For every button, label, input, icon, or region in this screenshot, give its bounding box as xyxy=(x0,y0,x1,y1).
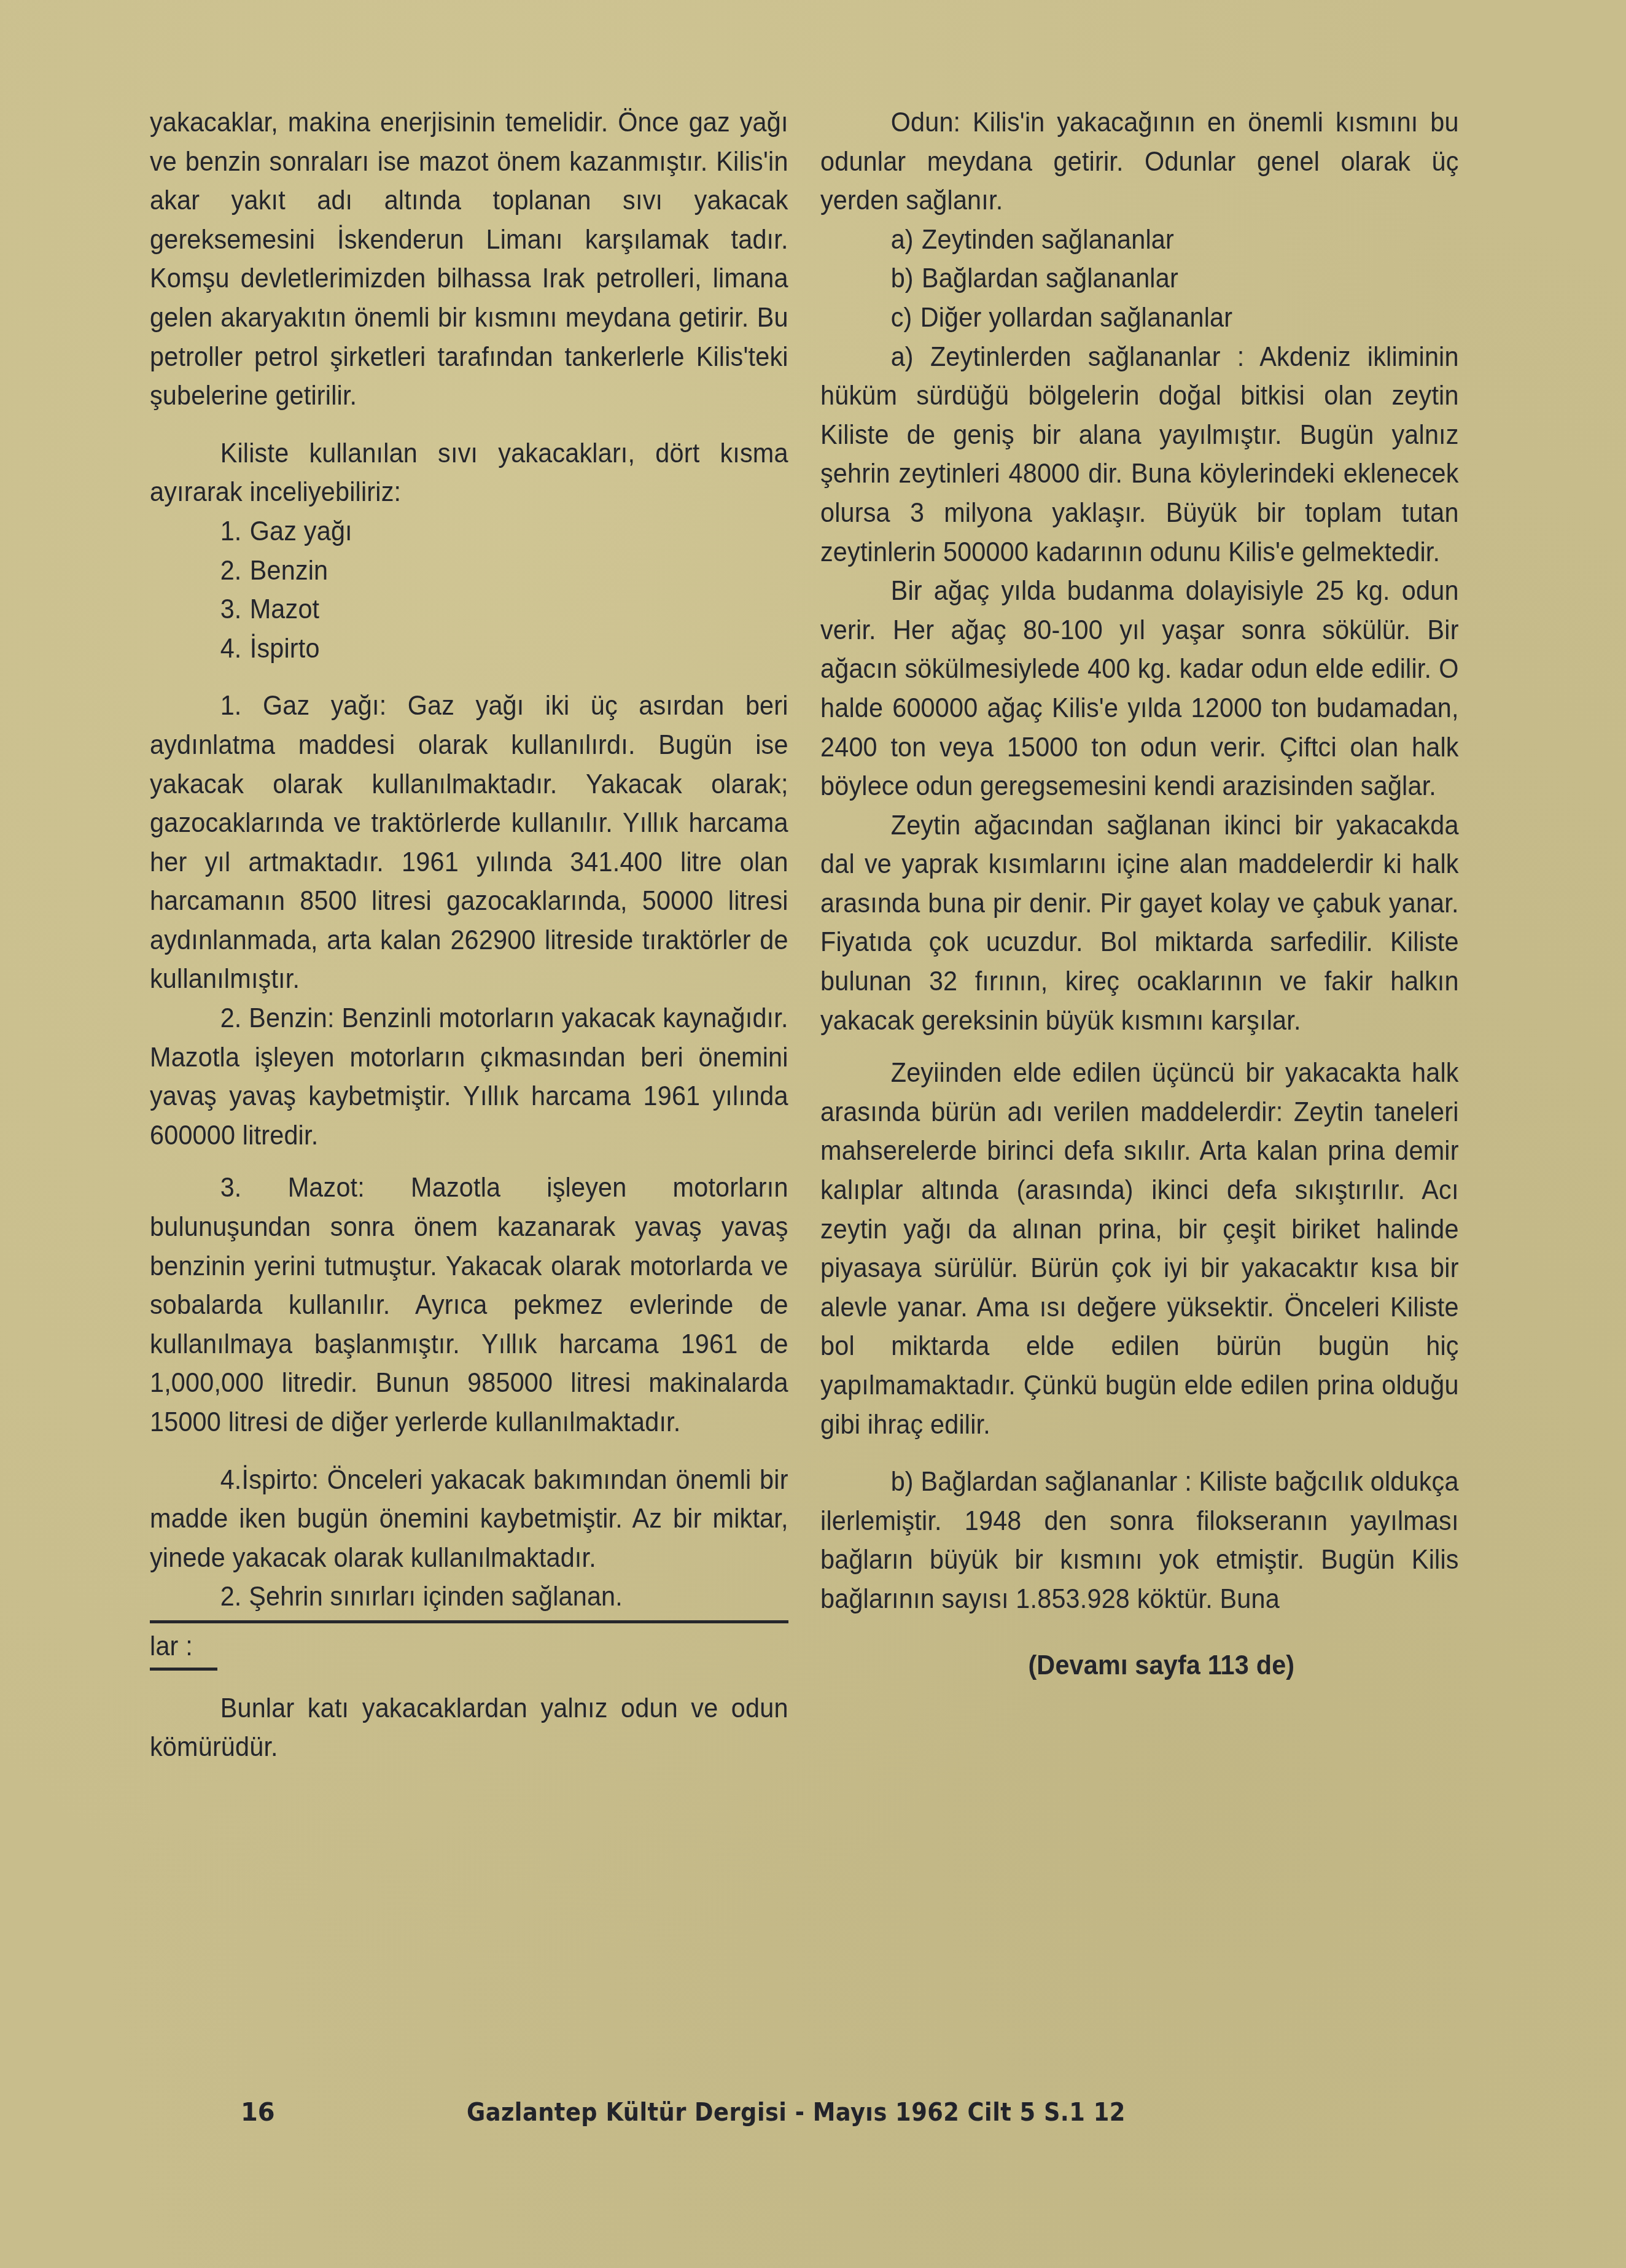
list-item: 2.Benzin xyxy=(150,551,750,591)
section-gaz-yagi: 1. Gaz yağı: Gaz yağı iki üç asırdan ber… xyxy=(150,686,788,999)
list-marker: 2. xyxy=(220,556,242,586)
continued-note: (Devamı sayfa 113 de) xyxy=(820,1646,1421,1685)
page-footer: 16 Gazlantep Kültür Dergisi - Mayıs 1962… xyxy=(0,2099,1626,2135)
list-label: Zeytinden sağlananlar xyxy=(922,225,1174,255)
pir-paragraph: Zeytin ağacından sağlanan ikinci bir yak… xyxy=(820,806,1459,1041)
liquid-fuels-list: 1.Gaz yağı 2.Benzin 3.Mazot 4.İspirto xyxy=(150,512,788,668)
list-marker: a) xyxy=(891,225,914,255)
list-marker: 1. xyxy=(220,516,242,546)
page-number: 16 xyxy=(241,2099,275,2127)
list-label: Gaz yağı xyxy=(250,516,352,546)
subheading-city: 2. Şehrin sınırları içinden sağlanan. xyxy=(150,1577,788,1617)
list-item: a)Zeytinden sağlananlar xyxy=(820,220,1421,260)
list-label: İspirto xyxy=(250,634,320,664)
list-marker: c) xyxy=(891,303,912,333)
section-ispirto: 4.İspirto: Önceleri yakacak bakımından ö… xyxy=(150,1461,788,1578)
left-column: yakacaklar, makina enerjisinin temelidir… xyxy=(150,103,788,1767)
section-mazot: 3. Mazot: Mazotla işleyen motorların bul… xyxy=(150,1168,788,1442)
liquid-fuels-intro: Kiliste kullanılan sıvı yakacakları, dör… xyxy=(150,434,788,512)
list-item: b)Bağlardan sağlananlar xyxy=(820,259,1421,298)
section-divider xyxy=(150,1620,788,1623)
list-item: 3.Mazot xyxy=(150,590,750,629)
section-zeytin: a) Zeytinlerden sağlananlar : Akdeniz ik… xyxy=(820,338,1459,572)
burun-paragraph: Zeyiinden elde edilen üçüncü bir yakacak… xyxy=(820,1054,1459,1444)
list-label: Bağlardan sağlananlar xyxy=(922,263,1178,293)
magazine-page: yakacaklar, makina enerjisinin temelidir… xyxy=(0,0,1626,2268)
list-item: 1.Gaz yağı xyxy=(150,512,750,551)
list-marker: 4. xyxy=(220,634,242,664)
odun-intro: Odun: Kilis'in yakacağının en önemli kıs… xyxy=(820,103,1459,220)
list-marker: 3. xyxy=(220,594,242,624)
list-item: 4.İspirto xyxy=(150,629,750,669)
list-label: Diğer yollardan sağlananlar xyxy=(920,303,1233,333)
right-column: Odun: Kilis'in yakacağının en önemli kıs… xyxy=(820,103,1459,1685)
list-marker: b) xyxy=(891,263,914,293)
wood-sources-list: a)Zeytinden sağlananlar b)Bağlardan sağl… xyxy=(820,220,1459,338)
pruning-paragraph: Bir ağaç yılda budanma dolayisiyle 25 kg… xyxy=(820,572,1459,806)
list-label: Benzin xyxy=(250,556,329,586)
solid-fuels-intro: Bunlar katı yakacaklardan yalnız odun ve… xyxy=(150,1689,788,1767)
section-benzin: 2. Benzin: Benzinli motorların yakacak k… xyxy=(150,999,788,1155)
section-baglar: b) Bağlardan sağlananlar : Kiliste bağcı… xyxy=(820,1462,1459,1618)
subheading-underline xyxy=(150,1668,217,1671)
list-label: Mazot xyxy=(250,594,320,624)
list-item: c)Diğer yollardan sağlananlar xyxy=(820,298,1421,338)
journal-citation: Gazlantep Kültür Dergisi - Mayıs 1962 Ci… xyxy=(467,2099,1126,2127)
subheading-city-tail: lar : xyxy=(150,1627,750,1666)
intro-paragraph: yakacaklar, makina enerjisinin temelidir… xyxy=(150,103,788,416)
